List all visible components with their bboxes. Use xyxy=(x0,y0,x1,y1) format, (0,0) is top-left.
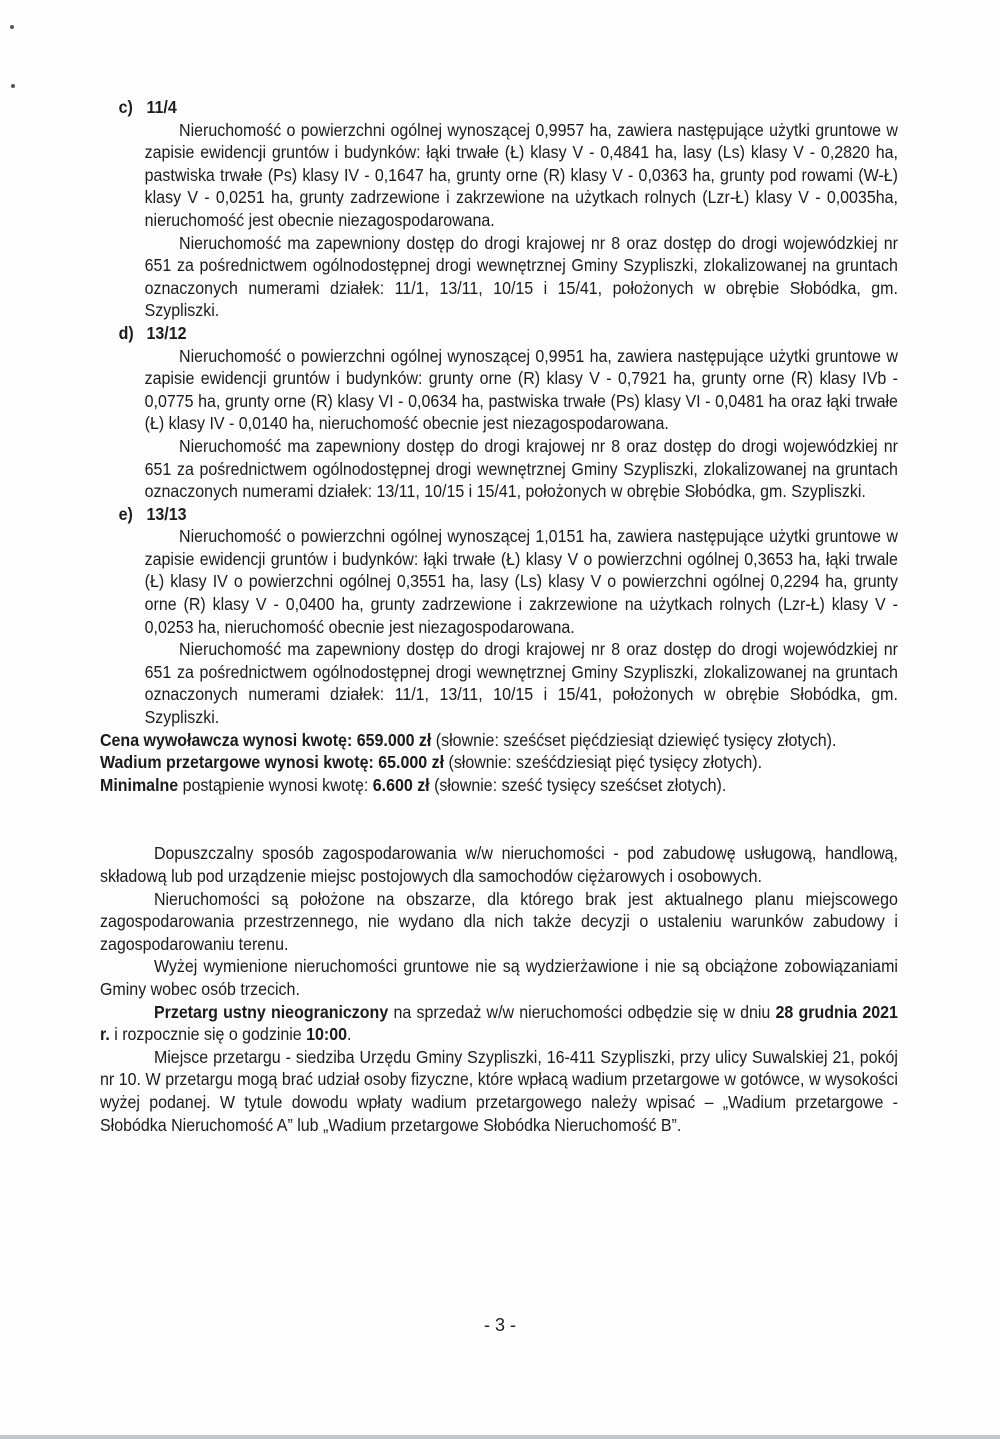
parcel-number: 13/12 xyxy=(147,323,187,343)
min-increment-amount: 6.600 zł xyxy=(373,775,430,795)
auction-time: 10:00 xyxy=(306,1024,347,1044)
min-increment-words: (słownie: sześć tysięcy sześćset złotych… xyxy=(430,775,727,795)
scan-mark xyxy=(10,25,14,29)
encumbrance-paragraph: Wyżej wymienione nieruchomości gruntowe … xyxy=(100,955,898,1000)
scan-mark xyxy=(11,84,15,88)
parcel-number: 11/4 xyxy=(147,97,177,117)
parcel-number: 13/13 xyxy=(147,504,187,524)
land-use-paragraph: Dopuszczalny sposób zagospodarowania w/w… xyxy=(100,842,898,887)
min-increment: Minimalne postąpienie wynosi kwotę: 6.60… xyxy=(100,774,898,797)
parcel-heading: d)13/12 xyxy=(119,322,898,345)
parcel-description: Nieruchomość o powierzchni ogólnej wynos… xyxy=(145,525,898,638)
scan-edge xyxy=(0,1435,1000,1439)
page-number: - 3 - xyxy=(0,1315,1000,1336)
deposit-label: Wadium przetargowe wynosi kwotę: 65.000 … xyxy=(100,752,444,772)
general-info: Dopuszczalny sposób zagospodarowania w/w… xyxy=(100,842,898,1136)
auction-text: i rozpocznie się o godzinie xyxy=(110,1024,306,1044)
min-increment-label-bold: Minimalne xyxy=(100,775,178,795)
starting-price: Cena wywoławcza wynosi kwotę: 659.000 zł… xyxy=(100,729,898,752)
parcel-section-e: e)13/13 Nieruchomość o powierzchni ogóln… xyxy=(100,503,898,729)
parcel-access: Nieruchomość ma zapewniony dostęp do dro… xyxy=(145,435,898,503)
parcel-section-d: d)13/12 Nieruchomość o powierzchni ogóln… xyxy=(100,322,898,503)
document-page: c)11/4 Nieruchomość o powierzchni ogólne… xyxy=(100,96,898,1136)
auction-text: . xyxy=(347,1024,351,1044)
parcel-access: Nieruchomość ma zapewniony dostęp do dro… xyxy=(145,232,898,322)
pricing-block: Cena wywoławcza wynosi kwotę: 659.000 zł… xyxy=(100,729,898,797)
parcel-description: Nieruchomość o powierzchni ogólnej wynos… xyxy=(145,119,898,232)
section-letter: d) xyxy=(119,322,147,345)
parcel-heading: e)13/13 xyxy=(119,503,898,526)
deposit-words: (słownie: sześćdziesiąt pięć tysięcy zło… xyxy=(444,752,762,772)
location-paragraph: Miejsce przetargu - siedziba Urzędu Gmin… xyxy=(100,1046,898,1136)
deposit: Wadium przetargowe wynosi kwotę: 65.000 … xyxy=(100,751,898,774)
auction-paragraph: Przetarg ustny nieograniczony na sprzeda… xyxy=(100,1001,898,1046)
planning-paragraph: Nieruchomości są położone na obszarze, d… xyxy=(100,888,898,956)
section-letter: c) xyxy=(119,96,147,119)
min-increment-label: postąpienie wynosi kwotę: xyxy=(178,775,373,795)
parcel-section-c: c)11/4 Nieruchomość o powierzchni ogólne… xyxy=(100,96,898,322)
parcel-access: Nieruchomość ma zapewniony dostęp do dro… xyxy=(145,638,898,728)
starting-price-label: Cena wywoławcza wynosi kwotę: 659.000 zł xyxy=(100,730,431,750)
auction-text: na sprzedaż w/w nieruchomości odbędzie s… xyxy=(388,1002,775,1022)
starting-price-words: (słownie: sześćset pięćdziesiąt dziewięć… xyxy=(431,730,836,750)
parcel-description: Nieruchomość o powierzchni ogólnej wynos… xyxy=(145,345,898,435)
section-letter: e) xyxy=(119,503,147,526)
parcel-heading: c)11/4 xyxy=(119,96,898,119)
auction-type: Przetarg ustny nieograniczony xyxy=(154,1002,388,1022)
